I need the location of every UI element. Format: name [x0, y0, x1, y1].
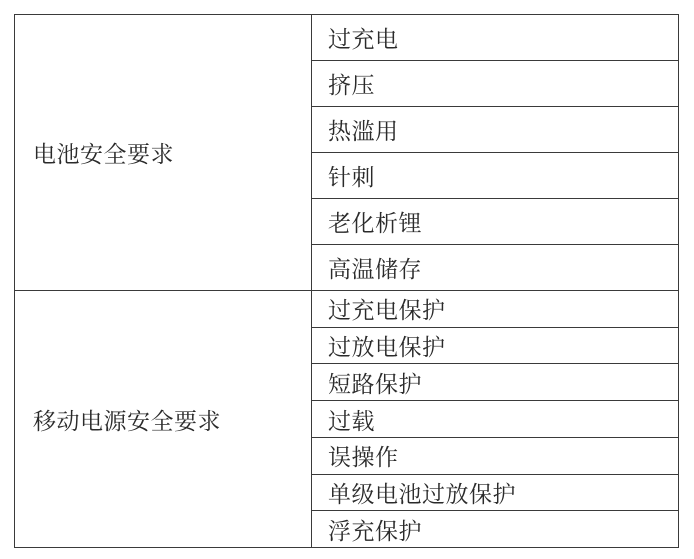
item-cell: 老化析锂	[312, 199, 678, 245]
section-battery-safety: 电池安全要求 过充电 挤压 热滥用 针刺 老化析锂 高温储存	[15, 15, 678, 291]
category-cell: 移动电源安全要求	[15, 291, 312, 547]
item-cell: 单级电池过放保护	[312, 475, 678, 512]
item-cell: 浮充保护	[312, 511, 678, 547]
section-power-bank-safety: 移动电源安全要求 过充电保护 过放电保护 短路保护 过载 误操作 单级电池过放保…	[15, 291, 678, 547]
item-list: 过充电保护 过放电保护 短路保护 过载 误操作 单级电池过放保护 浮充保护	[312, 291, 678, 547]
item-cell: 短路保护	[312, 364, 678, 401]
safety-requirements-table: 电池安全要求 过充电 挤压 热滥用 针刺 老化析锂 高温储存 移动电源安全要求 …	[14, 14, 679, 548]
item-cell: 误操作	[312, 438, 678, 475]
item-cell: 过载	[312, 401, 678, 438]
item-list: 过充电 挤压 热滥用 针刺 老化析锂 高温储存	[312, 15, 678, 290]
item-cell: 针刺	[312, 153, 678, 199]
item-cell: 过放电保护	[312, 328, 678, 365]
category-cell: 电池安全要求	[15, 15, 312, 290]
item-cell: 过充电	[312, 15, 678, 61]
item-cell: 过充电保护	[312, 291, 678, 328]
item-cell: 高温储存	[312, 245, 678, 290]
item-cell: 挤压	[312, 61, 678, 107]
item-cell: 热滥用	[312, 107, 678, 153]
